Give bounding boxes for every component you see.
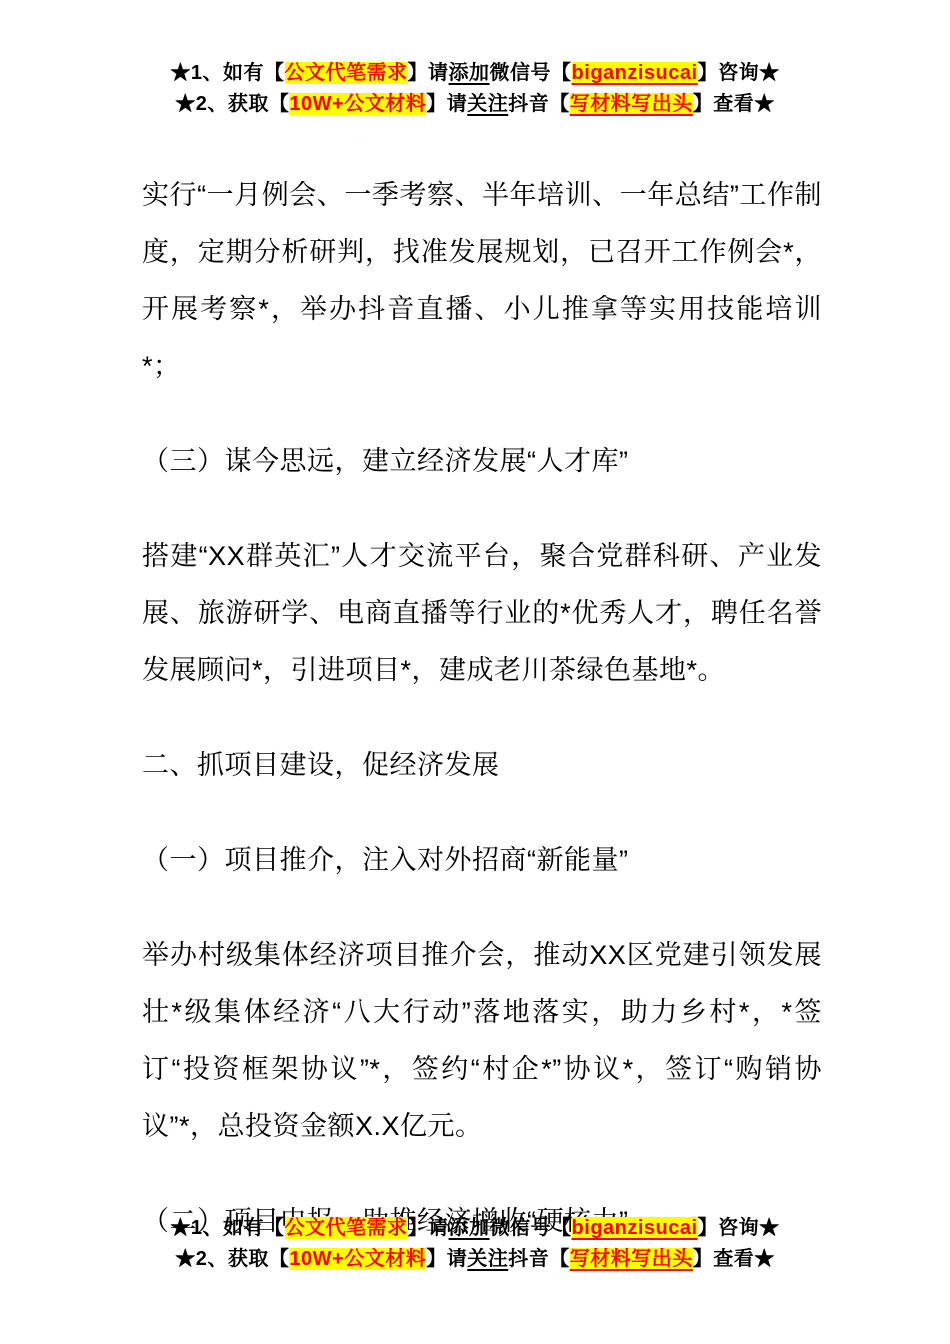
highlighted-promo-text: 10W+公文材料 (289, 1248, 426, 1270)
underlined-promo-text: 添加 (449, 62, 490, 84)
underlined-promo-text: 关注 (467, 1248, 508, 1270)
highlighted-promo-text: biganzisucai (572, 62, 698, 84)
banner-text: 】咨询★ (698, 1217, 780, 1239)
document-page: ★1、如有【公文代笔需求】请添加微信号【biganzisucai】咨询★★2、获… (0, 0, 950, 1344)
banner-text: 】请 (426, 1248, 467, 1270)
banner-line: ★1、如有【公文代笔需求】请添加微信号【biganzisucai】咨询★ (0, 58, 950, 89)
banner-line: ★1、如有【公文代笔需求】请添加微信号【biganzisucai】咨询★ (0, 1213, 950, 1244)
section-heading: 二、抓项目建设，促经济发展 (142, 737, 822, 794)
body-paragraph: 举办村级集体经济项目推介会，推动XX区党建引领发展壮*级集体经济“八大行动”落地… (142, 927, 822, 1155)
footer-banner: ★1、如有【公文代笔需求】请添加微信号【biganzisucai】咨询★★2、获… (0, 1213, 950, 1275)
highlighted-promo-text: 公文代笔需求 (285, 62, 408, 84)
underlined-promo-text: 关注 (467, 93, 508, 115)
header-banner: ★1、如有【公文代笔需求】请添加微信号【biganzisucai】咨询★★2、获… (0, 58, 950, 120)
banner-text: ★2、获取【 (175, 1248, 289, 1270)
banner-text: 微信号【 (490, 62, 572, 84)
banner-text: 】请 (408, 1217, 449, 1239)
banner-text: 】请 (426, 93, 467, 115)
banner-text: 】查看★ (693, 93, 775, 115)
highlighted-promo-text: 写材料写出头 (570, 1248, 693, 1270)
banner-text: 微信号【 (490, 1217, 572, 1239)
banner-text: 】查看★ (693, 1248, 775, 1270)
banner-text: 】咨询★ (698, 62, 780, 84)
banner-line: ★2、获取【10W+公文材料】请关注抖音【写材料写出头】查看★ (0, 89, 950, 120)
banner-text: ★1、如有【 (170, 62, 284, 84)
underlined-promo-text: 添加 (449, 1217, 490, 1239)
highlighted-promo-text: biganzisucai (572, 1217, 698, 1239)
document-body: 实行“一月例会、一季考察、半年培训、一年总结”工作制度，定期分析研判，找准发展规… (142, 167, 822, 1250)
banner-line: ★2、获取【10W+公文材料】请关注抖音【写材料写出头】查看★ (0, 1244, 950, 1275)
banner-text: ★1、如有【 (170, 1217, 284, 1239)
banner-text: 抖音【 (508, 1248, 570, 1270)
banner-text: 】请 (408, 62, 449, 84)
body-paragraph: 实行“一月例会、一季考察、半年培训、一年总结”工作制度，定期分析研判，找准发展规… (142, 167, 822, 395)
highlighted-promo-text: 写材料写出头 (570, 93, 693, 115)
section-heading: （三）谋今思远，建立经济发展“人才库” (142, 433, 822, 490)
banner-text: ★2、获取【 (175, 93, 289, 115)
highlighted-promo-text: 10W+公文材料 (289, 93, 426, 115)
body-paragraph: 搭建“XX群英汇”人才交流平台，聚合党群科研、产业发展、旅游研学、电商直播等行业… (142, 528, 822, 699)
banner-text: 抖音【 (508, 93, 570, 115)
section-heading: （一）项目推介，注入对外招商“新能量” (142, 832, 822, 889)
highlighted-promo-text: 公文代笔需求 (285, 1217, 408, 1239)
